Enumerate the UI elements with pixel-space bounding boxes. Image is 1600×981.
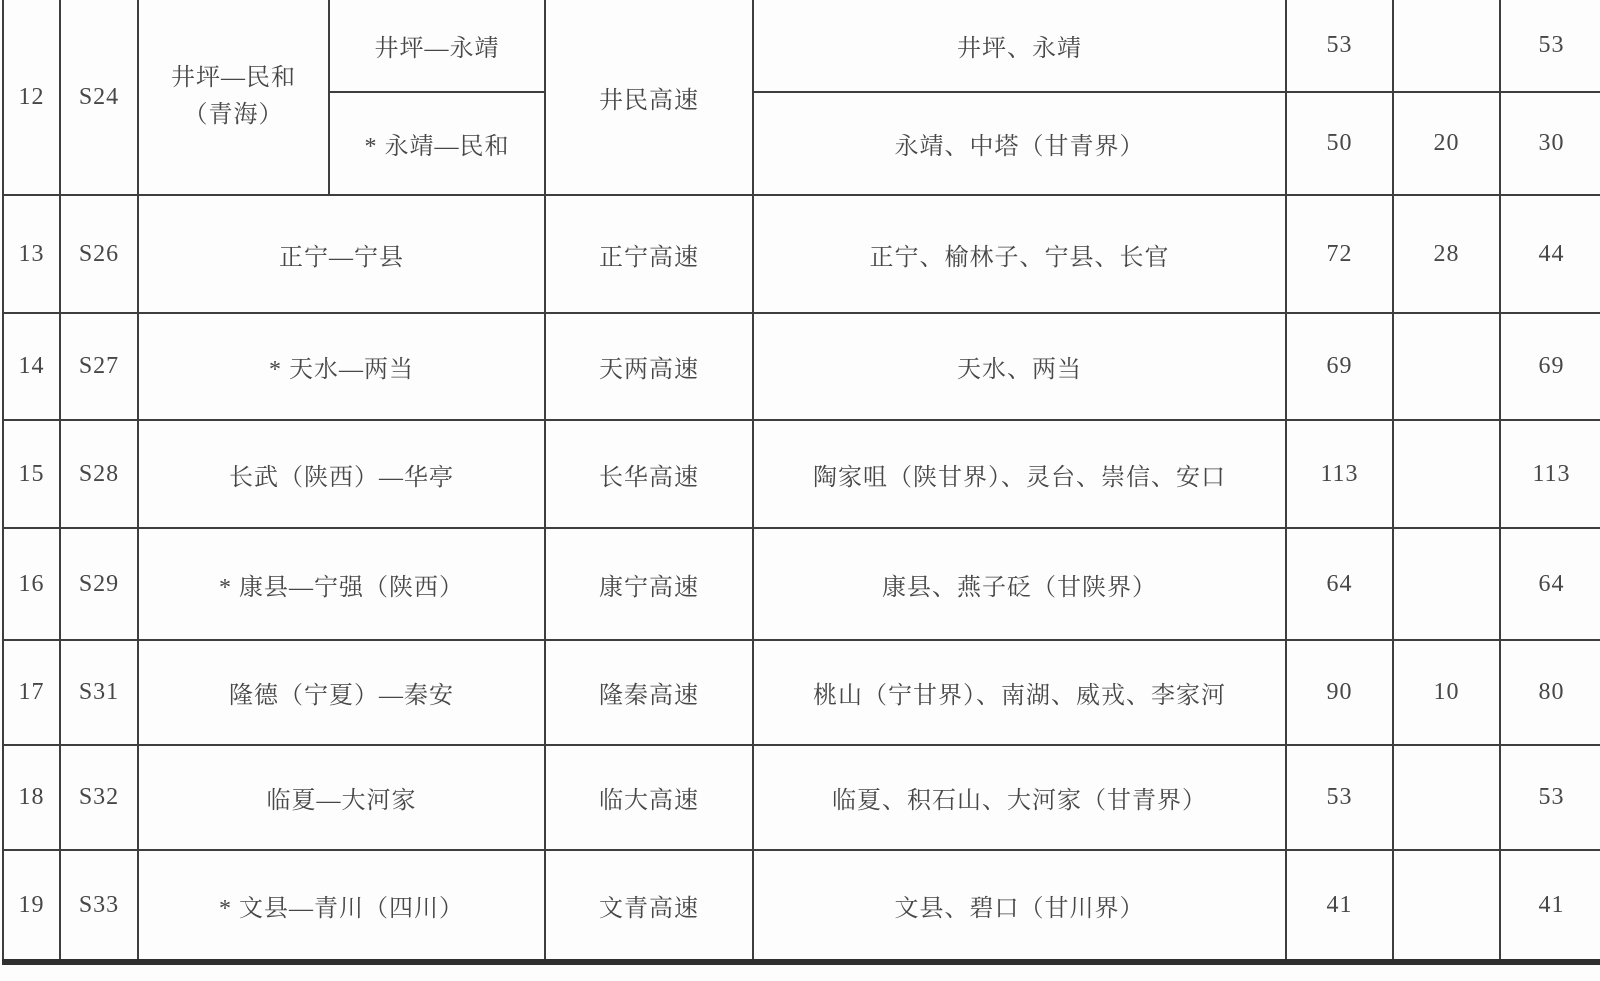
route-name-cell: 正宁—宁县: [138, 195, 545, 313]
table-row: 12 S24 井坪—民和 （青海） 井坪—永靖 井民高速 井坪、永靖 53 53: [3, 0, 1600, 92]
highway-name-cell: 正宁高速: [545, 195, 753, 313]
scanned-highway-table-page: 12 S24 井坪—民和 （青海） 井坪—永靖 井民高速 井坪、永靖 53 53…: [0, 0, 1600, 981]
highway-name-cell: 临大高速: [545, 745, 753, 850]
route-name-line1: 井坪—民和: [139, 60, 328, 97]
table-row: 19 S33 * 文县—青川（四川） 文青高速 文县、碧口（甘川界） 41 41: [3, 850, 1600, 962]
table-row: 18 S32 临夏—大河家 临大高速 临夏、积石山、大河家（甘青界） 53 53: [3, 745, 1600, 850]
route-name-cell: 井坪—民和 （青海）: [138, 0, 329, 195]
length-col3-cell: 53: [1500, 745, 1600, 850]
row-number-cell: 14: [3, 313, 60, 420]
control-points-cell: 桃山（宁甘界）、南湖、威戎、李家河: [753, 640, 1286, 745]
length-col3-cell: 113: [1500, 420, 1600, 528]
length-col3-cell: 44: [1500, 195, 1600, 313]
route-code-cell: S26: [60, 195, 138, 313]
route-code-cell: S28: [60, 420, 138, 528]
length-total-cell: 113: [1286, 420, 1393, 528]
route-code-cell: S24: [60, 0, 138, 195]
route-name-line2: （青海）: [139, 97, 328, 134]
length-col3-cell: 53: [1500, 0, 1600, 92]
length-total-cell: 90: [1286, 640, 1393, 745]
route-name-cell: 临夏—大河家: [138, 745, 545, 850]
route-name-cell: 隆德（宁夏）—秦安: [138, 640, 545, 745]
route-code-cell: S32: [60, 745, 138, 850]
length-total-cell: 53: [1286, 745, 1393, 850]
route-name-cell: * 康县—宁强（陕西）: [138, 528, 545, 640]
row-number-cell: 16: [3, 528, 60, 640]
table-row: 16 S29 * 康县—宁强（陕西） 康宁高速 康县、燕子砭（甘陕界） 64 6…: [3, 528, 1600, 640]
length-total-cell: 50: [1286, 92, 1393, 195]
length-col2-cell: [1393, 420, 1500, 528]
row-number-cell: 19: [3, 850, 60, 962]
highway-name-cell: 长华高速: [545, 420, 753, 528]
table-row: 17 S31 隆德（宁夏）—秦安 隆秦高速 桃山（宁甘界）、南湖、威戎、李家河 …: [3, 640, 1600, 745]
control-points-cell: 天水、两当: [753, 313, 1286, 420]
row-number-cell: 15: [3, 420, 60, 528]
length-col2-cell: [1393, 313, 1500, 420]
highway-route-table: 12 S24 井坪—民和 （青海） 井坪—永靖 井民高速 井坪、永靖 53 53…: [2, 0, 1600, 965]
route-code-cell: S31: [60, 640, 138, 745]
length-col3-cell: 69: [1500, 313, 1600, 420]
length-col2-cell: 28: [1393, 195, 1500, 313]
row-number-cell: 13: [3, 195, 60, 313]
length-total-cell: 69: [1286, 313, 1393, 420]
route-code-cell: S27: [60, 313, 138, 420]
length-col3-cell: 30: [1500, 92, 1600, 195]
length-col3-cell: 64: [1500, 528, 1600, 640]
length-total-cell: 41: [1286, 850, 1393, 962]
length-col2-cell: [1393, 745, 1500, 850]
table-row: 13 S26 正宁—宁县 正宁高速 正宁、榆林子、宁县、长官 72 28 44: [3, 195, 1600, 313]
length-col2-cell: [1393, 850, 1500, 962]
highway-name-cell: 隆秦高速: [545, 640, 753, 745]
highway-name-cell: 天两高速: [545, 313, 753, 420]
length-col3-cell: 41: [1500, 850, 1600, 962]
table-row: 14 S27 * 天水—两当 天两高速 天水、两当 69 69: [3, 313, 1600, 420]
length-col2-cell: [1393, 0, 1500, 92]
row-number-cell: 12: [3, 0, 60, 195]
length-total-cell: 64: [1286, 528, 1393, 640]
length-col3-cell: 80: [1500, 640, 1600, 745]
route-code-cell: S33: [60, 850, 138, 962]
control-points-cell: 井坪、永靖: [753, 0, 1286, 92]
control-points-cell: 临夏、积石山、大河家（甘青界）: [753, 745, 1286, 850]
control-points-cell: 陶家咀（陕甘界）、灵台、崇信、安口: [753, 420, 1286, 528]
length-col2-cell: 10: [1393, 640, 1500, 745]
control-points-cell: 康县、燕子砭（甘陕界）: [753, 528, 1286, 640]
length-total-cell: 53: [1286, 0, 1393, 92]
control-points-cell: 永靖、中塔（甘青界）: [753, 92, 1286, 195]
route-name-cell: * 天水—两当: [138, 313, 545, 420]
route-name-cell: * 文县—青川（四川）: [138, 850, 545, 962]
highway-name-cell: 井民高速: [545, 0, 753, 195]
control-points-cell: 文县、碧口（甘川界）: [753, 850, 1286, 962]
subroute-name-cell: * 永靖—民和: [329, 92, 545, 195]
length-col2-cell: 20: [1393, 92, 1500, 195]
highway-name-cell: 康宁高速: [545, 528, 753, 640]
length-total-cell: 72: [1286, 195, 1393, 313]
highway-name-cell: 文青高速: [545, 850, 753, 962]
row-number-cell: 18: [3, 745, 60, 850]
table-row: 15 S28 长武（陕西）—华亭 长华高速 陶家咀（陕甘界）、灵台、崇信、安口 …: [3, 420, 1600, 528]
row-number-cell: 17: [3, 640, 60, 745]
route-name-cell: 长武（陕西）—华亭: [138, 420, 545, 528]
control-points-cell: 正宁、榆林子、宁县、长官: [753, 195, 1286, 313]
route-code-cell: S29: [60, 528, 138, 640]
length-col2-cell: [1393, 528, 1500, 640]
subroute-name-cell: 井坪—永靖: [329, 0, 545, 92]
